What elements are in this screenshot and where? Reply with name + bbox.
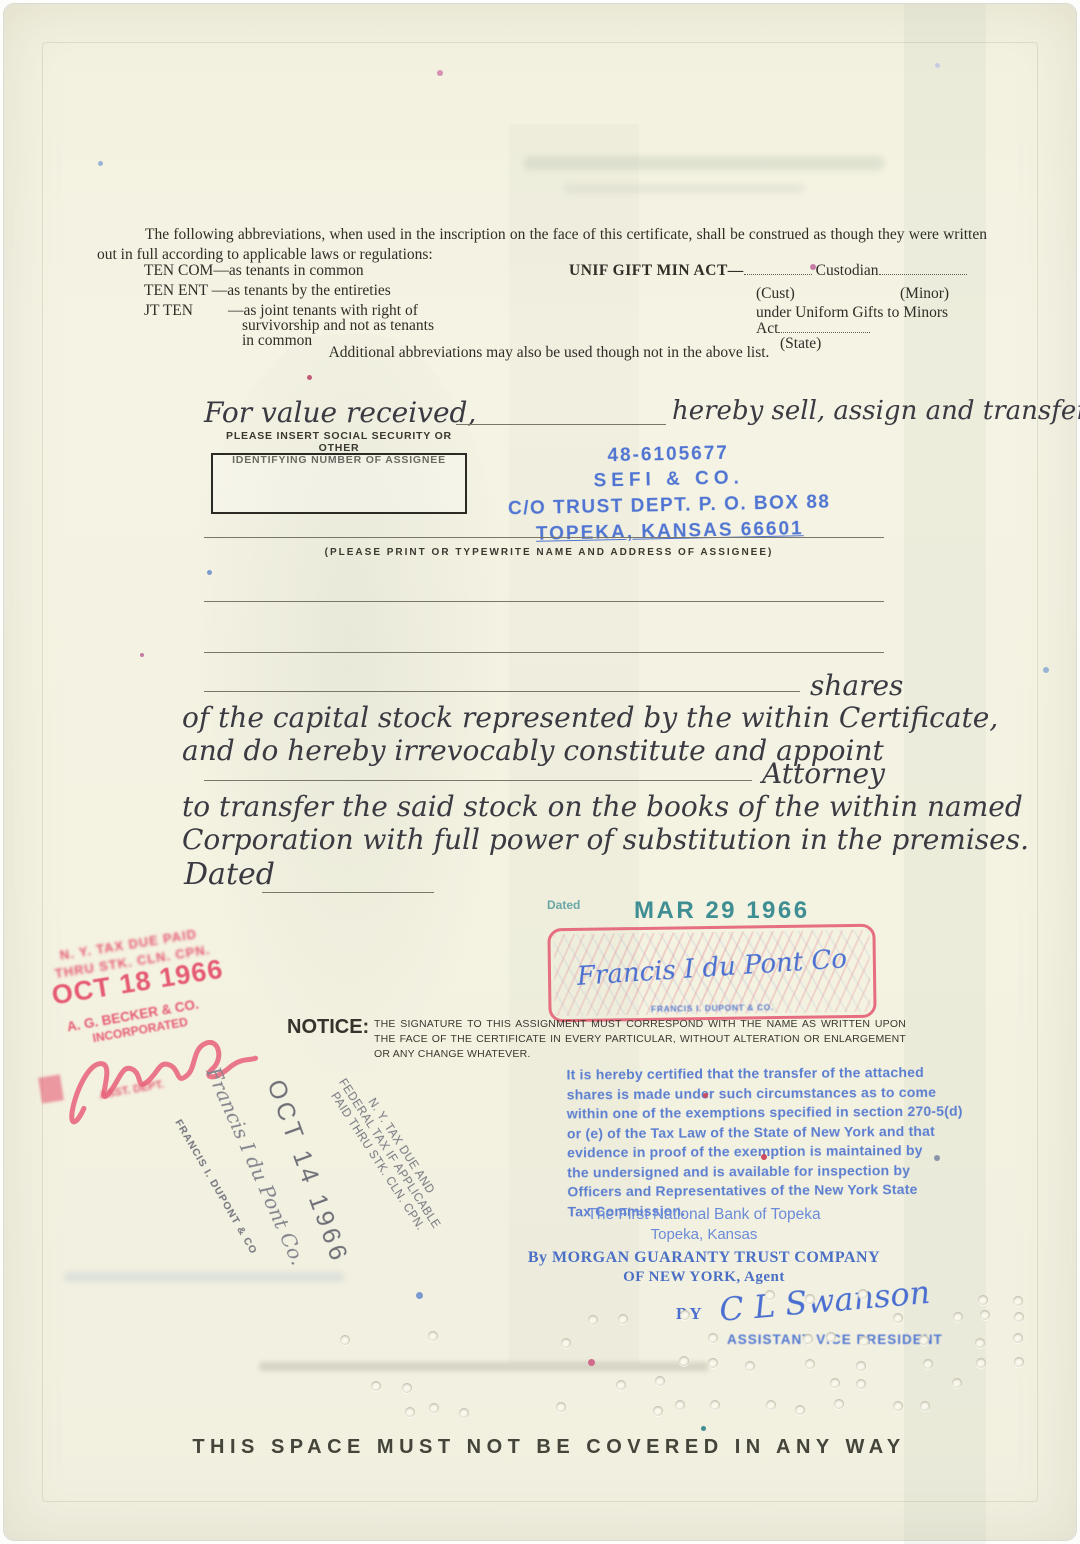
dated-label: Dated: [184, 857, 275, 892]
paper-speck: [703, 1093, 708, 1098]
perforation-hole: [766, 1400, 776, 1410]
perforation-hole: [405, 1407, 415, 1417]
perforation-hole: [858, 1289, 868, 1299]
attorney-line: [204, 780, 752, 781]
perforation-hole: [923, 1359, 933, 1369]
transfer-unto: hereby sell, assign and transfer unto: [672, 396, 1080, 426]
perforation-hole: [826, 1332, 836, 1342]
dupont-guarantee-stamp: Francis I du Pont Co FRANCIS I. DUPONT &…: [547, 924, 876, 1023]
ssn-entry-box: [211, 453, 467, 514]
ten-com-def: —as tenants in common: [213, 262, 363, 279]
perforation-hole: [618, 1314, 628, 1324]
notice-text: THE SIGNATURE TO THIS ASSIGNMENT MUST CO…: [374, 1017, 906, 1062]
jt-ten-label: JT TEN: [144, 302, 193, 320]
bank-name: The First National Bank of Topeka: [528, 1206, 880, 1224]
perforation-hole: [976, 1358, 986, 1368]
books-line2: Corporation with full power of substitut…: [182, 823, 1029, 856]
custodian-label: Custodian: [816, 262, 879, 279]
certification-line: or (e) of the Tax Law of the State of Ne…: [567, 1121, 987, 1143]
unif-gift-line: UNIF GIFT MIN ACT— Custodian: [569, 262, 989, 280]
ssn-instruction-line1: PLEASE INSERT SOCIAL SECURITY OR OTHER: [209, 430, 469, 454]
dupont-firm-name: FRANCIS I. DUPONT & CO.: [551, 1001, 873, 1015]
date-stamp: MAR 29 1966: [634, 897, 810, 925]
paper-speck: [207, 570, 212, 575]
perforation-hole: [805, 1294, 815, 1304]
perforation-hole: [1014, 1357, 1024, 1367]
becker-stamp-edge: [38, 1074, 64, 1103]
perforation-hole: [428, 1331, 438, 1341]
books-line1: to transfer the said stock on the books …: [182, 790, 1023, 823]
ten-ent-def: —as tenants by the entireties: [212, 282, 391, 299]
perforation-hole: [745, 1361, 755, 1371]
perforation-hole: [919, 1335, 929, 1345]
dotted-leader: [778, 320, 870, 333]
assignee-line: [204, 537, 884, 538]
paper-speck: [935, 63, 940, 68]
print-typewrite-note: (PLEASE PRINT OR TYPEWRITE NAME AND ADDR…: [325, 547, 774, 558]
perforation-hole: [340, 1335, 350, 1345]
unif-gift-label: UNIF GIFT MIN ACT—: [569, 262, 744, 279]
notice-label: NOTICE:: [287, 1016, 369, 1039]
perforation-hole: [459, 1408, 469, 1418]
additional-abbrev-note: Additional abbreviations may also be use…: [329, 344, 770, 362]
assignee-stamp: 48-6105677 SEFI & CO. C/O TRUST DEPT. P.…: [458, 440, 880, 548]
blank-line: [204, 601, 884, 602]
dupont-signature: Francis I du Pont Co: [570, 944, 853, 993]
act-label: Act: [756, 320, 778, 337]
blank-line: [204, 652, 884, 653]
bank-city: Topeka, Kansas: [528, 1226, 880, 1243]
state-label: (State): [780, 335, 821, 353]
perforation-hole: [834, 1399, 844, 1409]
paper-speck: [140, 653, 144, 657]
shares-line: [204, 691, 800, 692]
ten-com-label: TEN COM: [144, 262, 213, 279]
capital-stock-line1: of the capital stock represented by the …: [182, 701, 998, 734]
dated-line: [262, 892, 434, 893]
certification-line: within one of the exemptions specified i…: [567, 1102, 987, 1124]
dotted-leader: [744, 262, 812, 275]
paper-background: The following abbreviations, when used i…: [4, 4, 1076, 1540]
footer-warning: THIS SPACE MUST NOT BE COVERED IN ANY WA…: [192, 1436, 905, 1459]
perforation-hole: [856, 1361, 866, 1371]
paper-speck: [810, 264, 816, 270]
dated-stamp-small: Dated: [547, 898, 580, 912]
paper-speck: [307, 375, 312, 380]
bank-block: The First National Bank of Topeka Topeka…: [528, 1206, 880, 1286]
perforation-hole: [653, 1406, 663, 1416]
ten-com: TEN COM—as tenants in common: [144, 262, 364, 280]
ten-ent-label: TEN ENT: [144, 282, 208, 299]
ten-ent: TEN ENT —as tenants by the entireties: [144, 282, 391, 300]
perforation-hole: [805, 1359, 815, 1369]
perforation-hole: [830, 1378, 840, 1388]
certificate-back: The following abbreviations, when used i…: [0, 0, 1080, 1544]
certification-line: It is hereby certified that the transfer…: [566, 1063, 986, 1085]
paper-speck: [437, 70, 443, 76]
perforation-hole: [708, 1333, 718, 1343]
perforation-hole: [795, 1405, 805, 1415]
paper-speck: [761, 1154, 767, 1160]
attorney-label: Attorney: [762, 757, 885, 790]
dotted-leader: [879, 262, 967, 275]
jt-ten-def3: in common: [242, 332, 312, 350]
for-value-received: For value received,: [204, 396, 476, 429]
abbreviations-intro: The following abbreviations, when used i…: [97, 225, 987, 265]
assignee-address1: C/O TRUST DEPT. P. O. BOX 88: [459, 491, 879, 522]
shares-label: shares: [810, 669, 903, 702]
paper-speck: [1043, 667, 1049, 673]
perforation-hole: [561, 1338, 571, 1348]
paper-speck: [934, 1155, 940, 1161]
perforation-hole: [429, 1403, 439, 1413]
tax-certification: It is hereby certified that the transfer…: [566, 1063, 987, 1222]
perforation-hole: [655, 1376, 665, 1386]
perforation-hole: [856, 1379, 866, 1389]
perforation-hole: [859, 1336, 869, 1346]
perforation-hole: [803, 1334, 813, 1344]
perforation-hole: [978, 1295, 988, 1305]
paper-speck: [98, 161, 103, 166]
minor-label: (Minor): [900, 285, 949, 303]
paper-speck: [701, 1426, 706, 1431]
cust-label: (Cust): [756, 285, 795, 303]
perforation-hole: [679, 1356, 689, 1366]
perforation-hole: [710, 1400, 720, 1410]
perforation-hole: [556, 1402, 566, 1412]
assignor-blank-line: [456, 424, 666, 425]
paper-speck: [588, 1359, 595, 1366]
paper-speck: [416, 1292, 423, 1299]
perforation-hole: [893, 1401, 903, 1411]
perforation-hole: [1013, 1296, 1023, 1306]
assignee-name: SEFI & CO.: [459, 465, 879, 496]
agent-line1: By MORGAN GUARANTY TRUST COMPANY: [528, 1249, 880, 1267]
